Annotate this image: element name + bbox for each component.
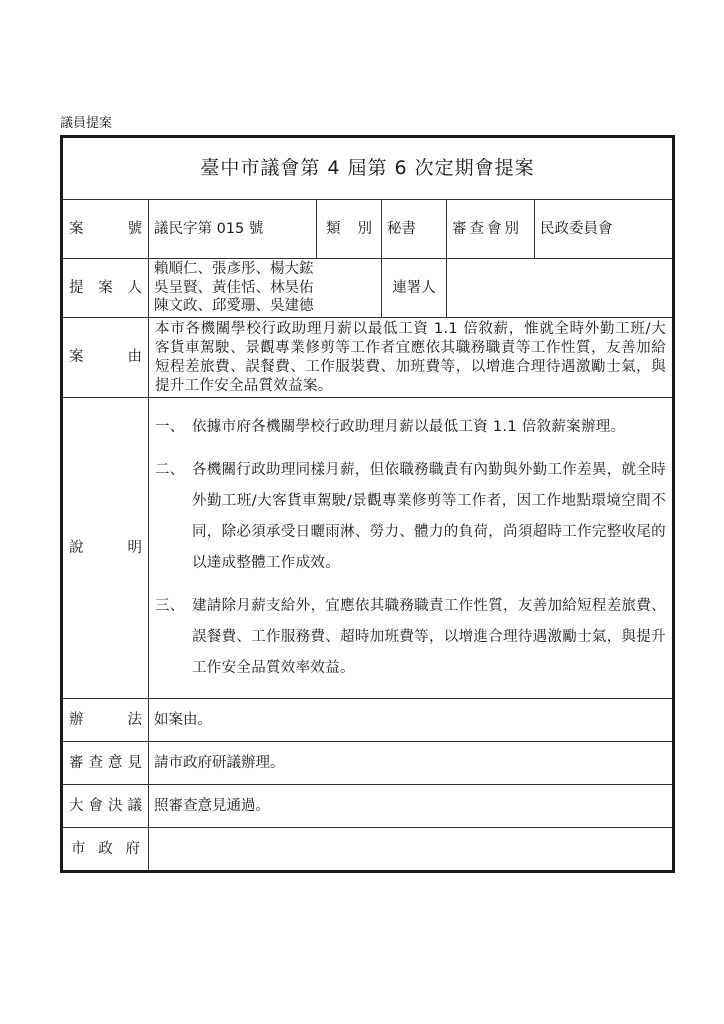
explanation-item: 二、 各機關行政助理同樣月薪，但依職務職責有內勤與外勤工作差異，就全時外勤工班/… xyxy=(155,455,666,579)
item-number: 二、 xyxy=(155,455,192,579)
proposer-names: 賴順仁、張彥彤、楊大鋐 吳呈賢、黃佳恬、林昊佑 陳文政、邱愛珊、吳建德 xyxy=(149,259,382,318)
case-no-label: 案 號 xyxy=(62,200,149,259)
city-government-label: 市 政 府 xyxy=(62,828,149,872)
proposer-line: 賴順仁、張彥彤、楊大鋐 xyxy=(154,260,376,279)
assembly-resolution-row: 大 會 決 議 照審查意見通過。 xyxy=(62,785,674,828)
method-row: 辦 法 如案由。 xyxy=(62,699,674,742)
proposer-line: 吳呈賢、黃佳恬、林昊佑 xyxy=(154,279,376,298)
review-opinion-label: 審 查 意 見 xyxy=(62,742,149,785)
form-title: 臺中市議會第 4 屆第 6 次定期會提案 xyxy=(62,137,674,200)
document-label: 議員提案 xyxy=(60,112,112,131)
assembly-resolution-value: 照審查意見通過。 xyxy=(149,785,674,828)
proposal-form-table: 臺中市議會第 4 屆第 6 次定期會提案 案 號 議民字第 015 號 類 別 … xyxy=(60,135,675,873)
method-value: 如案由。 xyxy=(149,699,674,742)
explanation-row: 說 明 一、 依據市府各機關學校行政助理月薪以最低工資 1.1 倍敘薪案辦理。 … xyxy=(62,398,674,699)
review-opinion-value: 請市政府研議辦理。 xyxy=(149,742,674,785)
explanation-label: 說 明 xyxy=(62,398,149,699)
item-number: 三、 xyxy=(155,591,192,684)
item-number: 一、 xyxy=(155,412,192,443)
method-label: 辦 法 xyxy=(62,699,149,742)
explanation-content: 一、 依據市府各機關學校行政助理月薪以最低工資 1.1 倍敘薪案辦理。 二、 各… xyxy=(149,398,674,699)
item-text: 各機關行政助理同樣月薪，但依職務職責有內勤與外勤工作差異，就全時外勤工班/大客貨… xyxy=(192,455,666,579)
proposer-label: 提 案 人 xyxy=(62,259,149,318)
case-no-value: 議民字第 015 號 xyxy=(149,200,317,259)
review-opinion-row: 審 查 意 見 請市政府研議辦理。 xyxy=(62,742,674,785)
item-text: 建請除月薪支給外，宜應依其職務職責工作性質，友善加給短程差旅費、誤餐費、工作服務… xyxy=(192,591,666,684)
city-government-value xyxy=(149,828,674,872)
case-number-row: 案 號 議民字第 015 號 類 別 秘書 審查會別 民政委員會 xyxy=(62,200,674,259)
assembly-resolution-label: 大 會 決 議 xyxy=(62,785,149,828)
proposer-line: 陳文政、邱愛珊、吳建德 xyxy=(154,297,376,316)
cosigner-value xyxy=(447,259,674,318)
reason-text: 本市各機關學校行政助理月薪以最低工資 1.1 倍敘薪，惟就全時外勤工班/大客貨車… xyxy=(149,318,674,398)
explanation-item: 三、 建請除月薪支給外，宜應依其職務職責工作性質，友善加給短程差旅費、誤餐費、工… xyxy=(155,591,666,684)
reason-label: 案 由 xyxy=(62,318,149,398)
item-text: 依據市府各機關學校行政助理月薪以最低工資 1.1 倍敘薪案辦理。 xyxy=(192,412,666,443)
title-row: 臺中市議會第 4 屆第 6 次定期會提案 xyxy=(62,137,674,200)
reason-row: 案 由 本市各機關學校行政助理月薪以最低工資 1.1 倍敘薪，惟就全時外勤工班/… xyxy=(62,318,674,398)
review-committee-value: 民政委員會 xyxy=(535,200,674,259)
category-value: 秘書 xyxy=(382,200,447,259)
review-committee-label: 審查會別 xyxy=(447,200,535,259)
city-government-row: 市 政 府 xyxy=(62,828,674,872)
category-label: 類 別 xyxy=(317,200,382,259)
explanation-item: 一、 依據市府各機關學校行政助理月薪以最低工資 1.1 倍敘薪案辦理。 xyxy=(155,412,666,443)
cosigner-label: 連署人 xyxy=(382,259,447,318)
proposer-row: 提 案 人 賴順仁、張彥彤、楊大鋐 吳呈賢、黃佳恬、林昊佑 陳文政、邱愛珊、吳建… xyxy=(62,259,674,318)
